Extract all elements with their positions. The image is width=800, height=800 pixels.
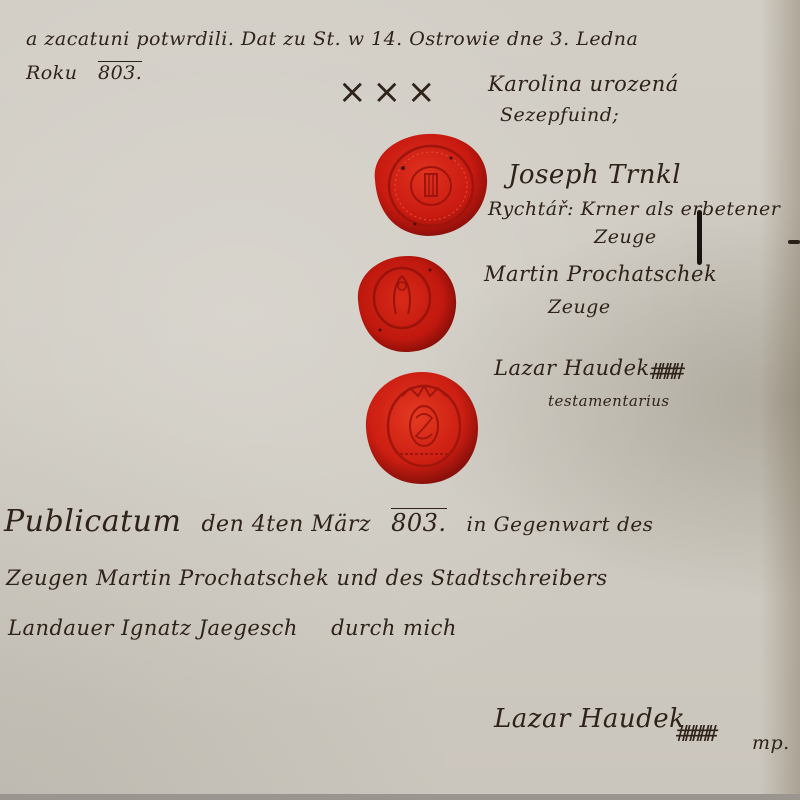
- wax-seal-2: [350, 250, 462, 356]
- ink-blot: [697, 210, 702, 265]
- publication-line-1: Publicatum den 4ten März 803. in Gegenwa…: [4, 504, 653, 539]
- top-text-line-1: a zacatuni potwrdili. Dat zu St. w 14. O…: [26, 28, 638, 50]
- signature-4-name: Lazar Haudek: [494, 356, 650, 380]
- publication-year: 803.: [391, 508, 446, 537]
- signature-3-name: Martin Prochatschek: [484, 262, 717, 286]
- signature-1-name: Karolina urozená: [488, 72, 679, 96]
- document-page: a zacatuni potwrdili. Dat zu St. w 14. O…: [0, 0, 800, 800]
- publication-line-1-tail: in Gegenwart des: [467, 512, 654, 536]
- signature-2-role-line-1: Rychtář: Krner als erbetener: [488, 198, 780, 220]
- closing-signature-suffix: mp.: [752, 732, 790, 754]
- closing-signature-paraph: #####: [676, 722, 712, 747]
- signature-2-name: Joseph Trnkl: [508, 160, 681, 190]
- wax-seal-1: [363, 128, 493, 240]
- paper-edge-shadow: [760, 0, 800, 800]
- publication-line-2: Zeugen Martin Prochatschek und des Stadt…: [6, 566, 608, 590]
- publication-line-3: Landauer Ignatz Jaegesch durch mich: [8, 616, 457, 640]
- year-803: 803.: [98, 61, 142, 84]
- signature-2-role-line-2: Zeuge: [594, 226, 657, 248]
- top-text-line-2: Roku 803.: [26, 62, 142, 84]
- witness-name: Landauer Ignatz Jaegesch: [8, 616, 298, 640]
- signature-4-role: testamentarius: [548, 392, 670, 410]
- publication-line-3-tail: durch mich: [331, 616, 457, 640]
- publication-date: den 4ten März: [201, 512, 371, 537]
- publicatum-word: Publicatum: [4, 504, 181, 539]
- signature-3-role: Zeuge: [548, 296, 611, 318]
- wax-seal-3: [360, 366, 482, 488]
- signature-4-paraph: ####: [650, 360, 679, 385]
- ink-mark: [788, 240, 800, 244]
- year-prefix: Roku: [26, 62, 78, 84]
- closing-signature-name: Lazar Haudek: [494, 704, 685, 734]
- signature-1-role: Sezepfuind;: [500, 104, 619, 126]
- paper-bottom-edge: [0, 794, 800, 800]
- cross-marks: ×××: [338, 72, 441, 112]
